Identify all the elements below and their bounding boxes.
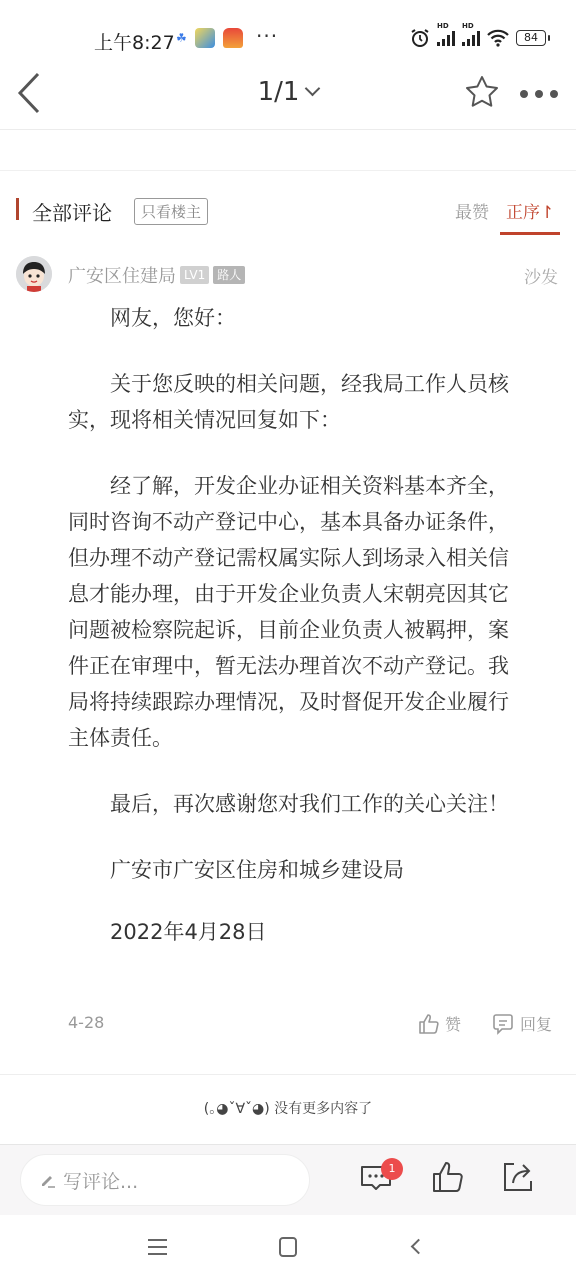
system-icons: HD HD 84 bbox=[410, 28, 546, 48]
status-time: 上午8:27 bbox=[94, 28, 175, 55]
like-label: 赞 bbox=[445, 1012, 461, 1035]
comment-signature: 广安市广安区住房和城乡建设局 bbox=[68, 852, 528, 888]
comment-paragraph: 关于您反映的相关问题，经我局工作人员核实，现将相关情况回复如下： bbox=[68, 366, 528, 438]
battery-icon: 84 bbox=[516, 30, 546, 46]
section-accent-bar bbox=[16, 198, 19, 220]
like-comment-button[interactable]: 赞 bbox=[418, 1012, 461, 1035]
author-name[interactable]: 广安区住建局 bbox=[68, 262, 176, 288]
floor-label: 沙发 bbox=[524, 263, 558, 288]
comment-author[interactable]: 广安区住建局 LV1 路人 bbox=[68, 262, 245, 288]
wifi-icon bbox=[487, 29, 509, 47]
reply-label: 回复 bbox=[520, 1012, 552, 1035]
top-nav-bar: 1/1 bbox=[0, 60, 576, 130]
avatar-cartoon-icon bbox=[16, 256, 52, 292]
comments-header: 全部评论 只看楼主 最赞 正序↾ bbox=[0, 172, 576, 238]
sort-most-liked-tab[interactable]: 最赞 bbox=[455, 198, 489, 223]
comment-paragraph: 最后，再次感谢您对我们工作的关心关注！ bbox=[68, 786, 528, 822]
comment-count-badge: 1 bbox=[381, 1158, 403, 1180]
spacer-band bbox=[0, 131, 576, 171]
owner-only-filter-button[interactable]: 只看楼主 bbox=[134, 198, 208, 225]
notification-icons: ☘ bbox=[176, 28, 243, 48]
avatar[interactable] bbox=[16, 256, 52, 292]
chevron-down-icon bbox=[305, 81, 321, 97]
reply-bubble-icon bbox=[492, 1013, 514, 1035]
baidu-cloud-icon: ☘ bbox=[176, 31, 187, 45]
system-back-icon[interactable] bbox=[411, 1239, 427, 1255]
share-icon[interactable] bbox=[500, 1159, 536, 1195]
recent-apps-icon[interactable] bbox=[148, 1239, 167, 1260]
reply-comment-button[interactable]: 回复 bbox=[492, 1012, 552, 1035]
thumbs-up-icon[interactable] bbox=[430, 1159, 466, 1195]
alarm-icon bbox=[410, 28, 430, 48]
comment-body: 网友，您好： 关于您反映的相关问题，经我局工作人员核实，现将相关情况回复如下： … bbox=[68, 300, 528, 976]
level-badge: LV1 bbox=[180, 266, 209, 284]
pencil-icon bbox=[39, 1171, 57, 1189]
active-sort-underline bbox=[500, 232, 560, 235]
comment-date: 4-28 bbox=[68, 1013, 104, 1032]
all-comments-title: 全部评论 bbox=[32, 197, 112, 226]
signal-icon: HD bbox=[462, 30, 480, 46]
no-more-content-note: (｡◕ˇ∀ˇ◕) 没有更多内容了 bbox=[0, 1098, 576, 1118]
comment-input-placeholder: 写评论... bbox=[63, 1167, 138, 1194]
comment-signature-date: 2022年4月28日 bbox=[68, 914, 528, 950]
write-comment-input[interactable]: 写评论... bbox=[20, 1154, 310, 1206]
comment-paragraph: 网友，您好： bbox=[68, 300, 528, 336]
home-icon[interactable] bbox=[279, 1237, 297, 1257]
page-indicator: 1/1 bbox=[258, 77, 300, 107]
shop-app-icon bbox=[223, 28, 243, 48]
signal-icon: HD bbox=[437, 30, 455, 46]
more-notifications-icon: ··· bbox=[256, 24, 278, 48]
system-navigation-bar bbox=[0, 1215, 576, 1280]
thumbs-up-icon bbox=[418, 1013, 440, 1035]
sort-chronological-tab[interactable]: 正序↾ bbox=[506, 198, 554, 223]
bottom-action-bar: 写评论... 1 bbox=[0, 1145, 576, 1215]
send-app-icon bbox=[195, 28, 215, 48]
role-badge: 路人 bbox=[213, 266, 245, 284]
favorite-star-icon[interactable] bbox=[464, 74, 500, 110]
comment-paragraph: 经了解，开发企业办证相关资料基本齐全，同时咨询不动产登记中心，基本具备办证条件，… bbox=[68, 468, 528, 756]
more-options-icon[interactable] bbox=[520, 90, 558, 98]
divider bbox=[0, 1074, 576, 1075]
